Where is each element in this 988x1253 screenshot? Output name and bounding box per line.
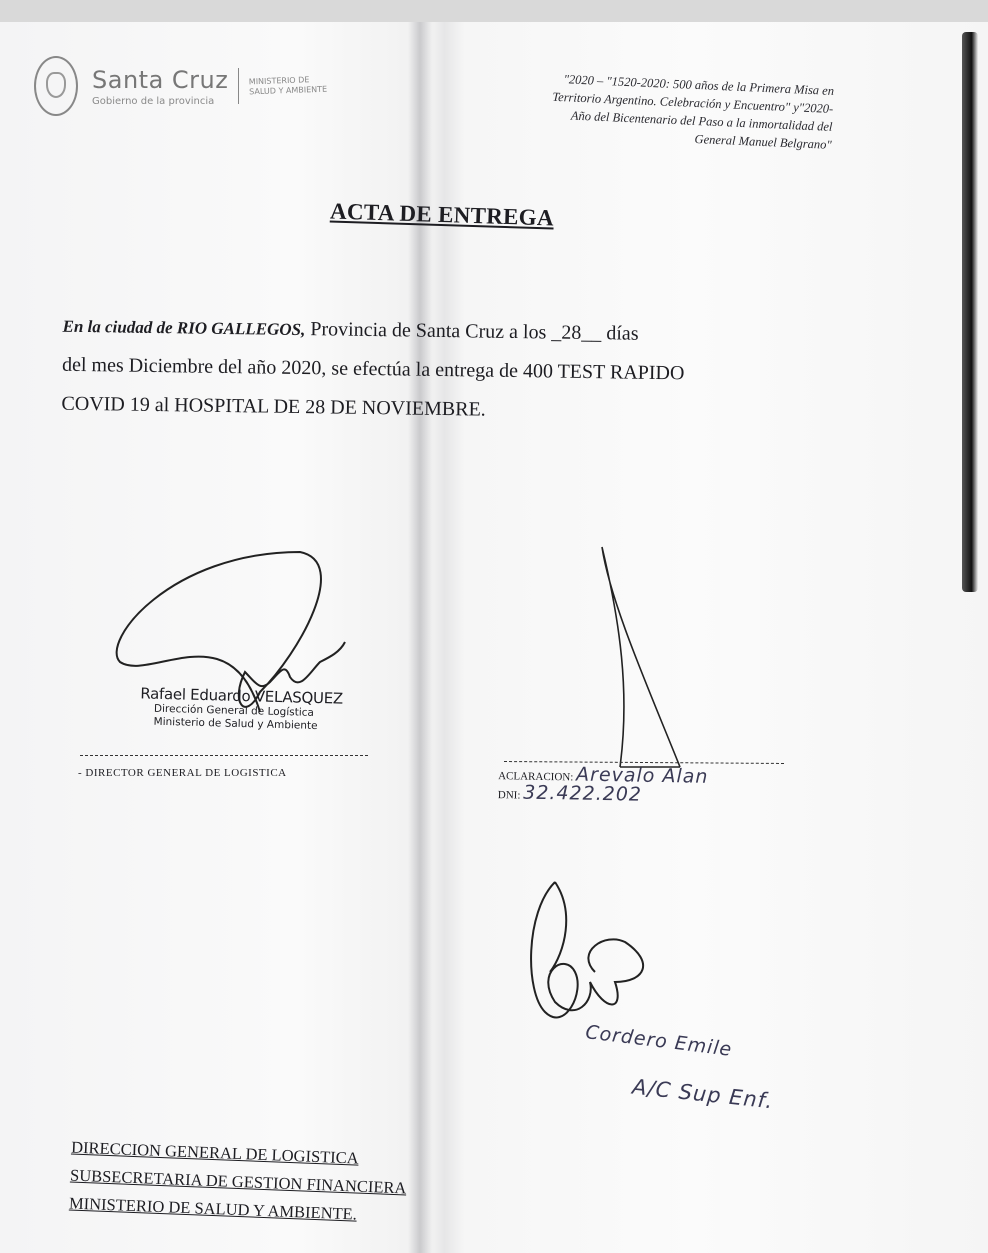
- brand-name: Santa Cruz: [92, 66, 228, 94]
- dni-label: DNI:: [498, 789, 521, 801]
- ministry-line-2: Salud y Ambiente: [249, 85, 327, 98]
- document-title: ACTA DE ENTREGA: [330, 198, 555, 231]
- left-signer-role: - Director General de Logistica: [78, 767, 287, 779]
- logo-divider: [238, 68, 239, 104]
- provincial-seal-icon: [34, 56, 78, 116]
- body-part-1: Provincia de Santa Cruz a los _28__ días: [305, 318, 639, 345]
- brand-subtitle: Gobierno de la provincia: [92, 96, 228, 107]
- body-intro: En la ciudad de RIO GALLEGOS,: [62, 317, 305, 339]
- dni-value: 32.422.202: [523, 782, 642, 806]
- signature-line-left: [80, 755, 368, 756]
- document-body: En la ciudad de RIO GALLEGOS, Provincia …: [61, 307, 823, 435]
- body-part-2: del mes Diciembre del año 2020, se efect…: [62, 354, 685, 385]
- third-signature-scribble: [515, 872, 685, 1032]
- ministry-label: Ministerio de Salud y Ambiente: [249, 75, 328, 98]
- handwritten-role: A/C Sup Enf.: [631, 1075, 774, 1114]
- scanned-document-page: Santa Cruz Gobierno de la provincia Mini…: [0, 22, 988, 1253]
- body-part-3: COVID 19 al HOSPITAL DE 28 DE NOVIEMBRE.: [61, 393, 486, 421]
- official-motto: "2020 – "1520-2020: 500 años de la Prime…: [467, 66, 835, 154]
- official-stamp: Rafael Eduardo VELASQUEZ Dirección Gener…: [139, 684, 343, 733]
- government-logo: Santa Cruz Gobierno de la provincia Mini…: [34, 56, 327, 116]
- paper-edge-shadow: [962, 32, 978, 592]
- viewer-top-bar: [0, 0, 988, 22]
- right-signature-scribble: [590, 542, 700, 772]
- footer-block: Direccion General de Logistica Subsecret…: [69, 1134, 408, 1231]
- receiver-fields: ACLARACION: Arevalo Alan DNI: 32.422.202: [498, 765, 709, 807]
